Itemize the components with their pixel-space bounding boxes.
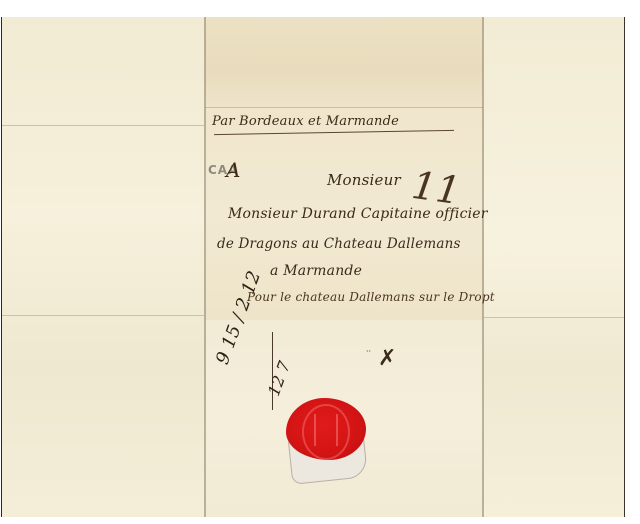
cross-mark-icon: ✗ (378, 346, 396, 371)
fold-crease (483, 317, 624, 318)
fold-line-left (204, 17, 206, 517)
top-flap-panel (205, 17, 483, 107)
address-line-3: a Marmande (270, 263, 362, 279)
postmark-initial: A (226, 158, 240, 182)
right-flap-panel (483, 17, 624, 517)
routing-instruction: Par Bordeaux et Marmande (212, 114, 399, 129)
fold-crease (2, 125, 205, 126)
seal-crest-icon (314, 414, 338, 446)
address-line-4: Pour le chateau Dallemans sur le Dropt (247, 290, 495, 304)
ink-dots: ·· (366, 347, 371, 356)
fold-line-right (482, 17, 484, 517)
address-line-2: de Dragons au Chateau Dallemans (217, 236, 461, 252)
left-flap-panel (2, 17, 205, 517)
salutation: Monsieur (327, 171, 401, 189)
postage-charge: 11 (409, 163, 463, 213)
fold-crease (2, 315, 205, 316)
